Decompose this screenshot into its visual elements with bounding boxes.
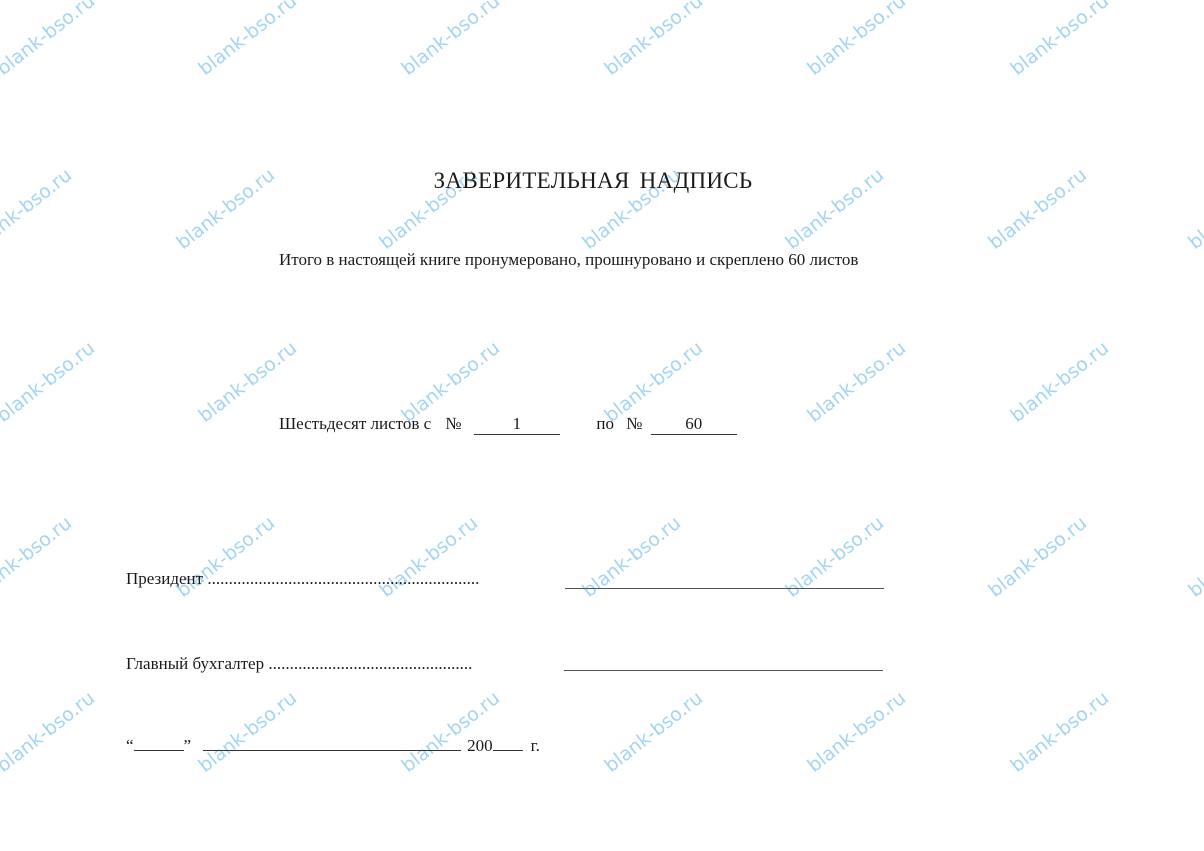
watermark-text: blank-bso.ru bbox=[1006, 0, 1113, 80]
watermark-text: blank-bso.ru bbox=[1184, 512, 1204, 602]
chief-accountant-signature-line[interactable] bbox=[564, 670, 883, 671]
watermark-text: blank-bso.ru bbox=[1006, 337, 1113, 427]
role-label: Главный бухгалтер bbox=[126, 654, 264, 673]
watermark-text: blank-bso.ru bbox=[803, 0, 910, 80]
number-sign: № bbox=[626, 414, 642, 433]
sheet-to-field[interactable]: 60 bbox=[651, 414, 737, 435]
certification-statement: Итого в настоящей книге пронумеровано, п… bbox=[279, 250, 858, 270]
president-signature-line[interactable] bbox=[565, 588, 884, 589]
year-suffix: г. bbox=[531, 736, 540, 755]
watermark-text: blank-bso.ru bbox=[803, 337, 910, 427]
day-field[interactable] bbox=[134, 734, 184, 751]
name-dotted-field[interactable]: ........................................… bbox=[207, 569, 479, 588]
number-sign: № bbox=[445, 414, 461, 433]
watermark-text: blank-bso.ru bbox=[194, 687, 301, 777]
open-quote: “ bbox=[126, 736, 134, 755]
year-field[interactable] bbox=[493, 734, 523, 751]
date-line: “”200г. bbox=[126, 734, 540, 756]
watermark-text: blank-bso.ru bbox=[600, 0, 707, 80]
watermark-text: blank-bso.ru bbox=[397, 0, 504, 80]
month-field[interactable] bbox=[203, 734, 461, 751]
watermark-text: blank-bso.ru bbox=[397, 687, 504, 777]
sheet-to-label: по bbox=[596, 414, 614, 433]
watermark-text: blank-bso.ru bbox=[803, 687, 910, 777]
name-dotted-field[interactable]: ........................................… bbox=[268, 654, 472, 673]
role-label: Президент bbox=[126, 569, 203, 588]
signature-row-chief-accountant: Главный бухгалтер ......................… bbox=[126, 654, 472, 674]
year-prefix: 200 bbox=[467, 736, 493, 755]
sheet-range-label: Шестьдесят листов с bbox=[279, 414, 431, 433]
watermark-text: blank-bso.ru bbox=[0, 0, 99, 80]
sheet-from-field[interactable]: 1 bbox=[474, 414, 560, 435]
watermark-text: blank-bso.ru bbox=[0, 337, 99, 427]
watermark-text: blank-bso.ru bbox=[984, 512, 1091, 602]
watermark-text: blank-bso.ru bbox=[600, 687, 707, 777]
document-title: ЗАВЕРИТЕЛЬНАЯ НАДПИСЬ bbox=[0, 168, 1186, 194]
watermark-text: blank-bso.ru bbox=[0, 512, 76, 602]
sheet-range-line: Шестьдесят листов с № 1 по № 60 bbox=[279, 414, 737, 435]
watermark-text: blank-bso.ru bbox=[194, 0, 301, 80]
signature-row-president: Президент ..............................… bbox=[126, 569, 479, 589]
watermark-text: blank-bso.ru bbox=[1006, 687, 1113, 777]
watermark-text: blank-bso.ru bbox=[0, 687, 99, 777]
watermark-text: blank-bso.ru bbox=[1184, 164, 1204, 254]
close-quote: ” bbox=[184, 736, 192, 755]
